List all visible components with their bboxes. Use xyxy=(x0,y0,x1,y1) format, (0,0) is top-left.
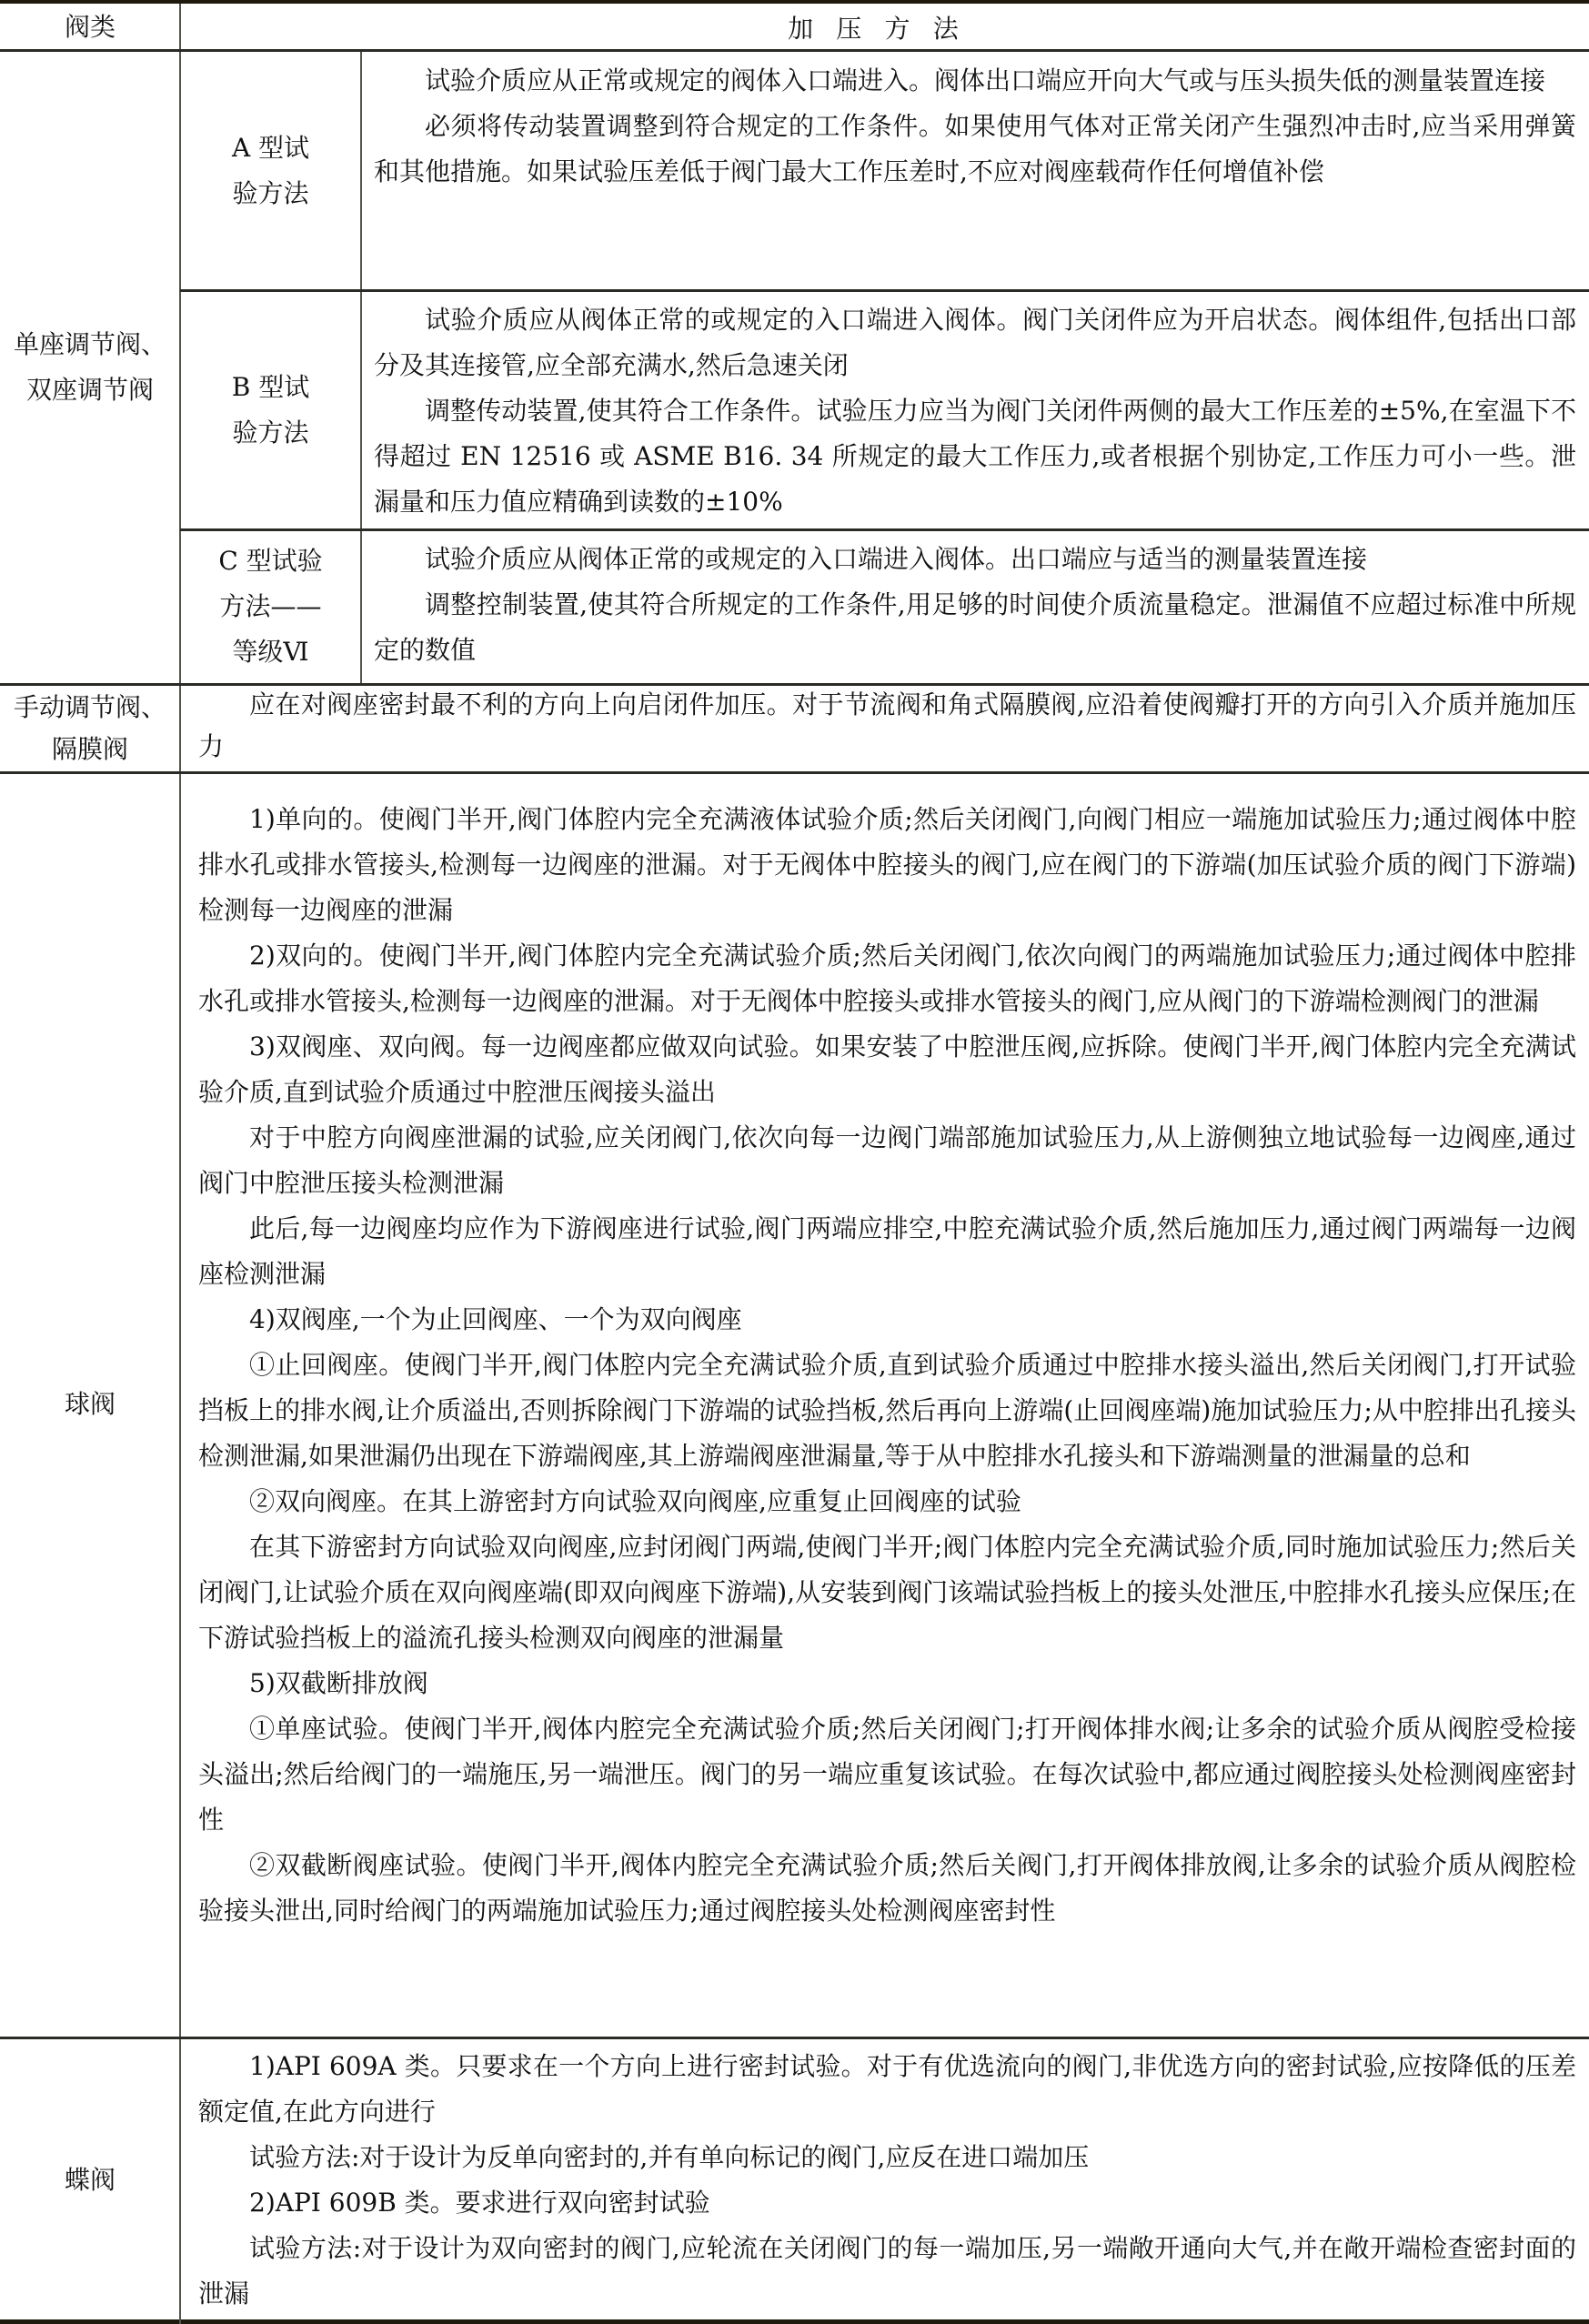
header-pressurization-method: 加压方法 xyxy=(180,4,1589,51)
paragraph: ②双向阀座。在其上游密封方向试验双向阀座,应重复止回阀座的试验 xyxy=(198,1479,1576,1524)
paragraph: 在其下游密封方向试验双向阀座,应封闭阀门两端,使阀门半开;阀门体腔内完全充满试验… xyxy=(198,1524,1576,1661)
paragraph: 调整传动装置,使其符合工作条件。试验压力应当为阀门关闭件两侧的最大工作压差的±5… xyxy=(374,388,1576,525)
method-label-line: 等级Ⅵ xyxy=(232,629,308,675)
valve-type-line: 蝶阀 xyxy=(65,2158,116,2203)
paragraph: 此后,每一边阀座均应作为下游阀座进行试验,阀门两端应排空,中腔充满试验介质,然后… xyxy=(198,1206,1576,1297)
paragraph: 2)双向的。使阀门半开,阀门体腔内完全充满试验介质;然后关闭阀门,依次向阀门的两… xyxy=(198,933,1576,1024)
paragraph: 试验介质应从阀体正常的或规定的入口端进入阀体。阀门关闭件应为开启状态。阀体组件,… xyxy=(374,297,1576,388)
method-label-line: 验方法 xyxy=(232,171,308,216)
valve-type-manual-diaphragm: 手动调节阀、 隔膜阀 xyxy=(0,684,180,772)
paragraph: 对于中腔方向阀座泄漏的试验,应关闭阀门,依次向每一边阀门端部施加试验压力,从上游… xyxy=(198,1115,1576,1206)
paragraph: 试验介质应从正常或规定的阀体入口端进入。阀体出口端应开向大气或与压头损失低的测量… xyxy=(374,58,1576,104)
valve-type-butterfly: 蝶阀 xyxy=(0,2037,180,2323)
method-b-description: 试验介质应从阀体正常的或规定的入口端进入阀体。阀门关闭件应为开启状态。阀体组件,… xyxy=(361,290,1589,529)
method-c-label: C 型试验 方法—— 等级Ⅵ xyxy=(180,529,361,684)
ball-valve-description: 1)单向的。使阀门半开,阀门体腔内完全充满液体试验介质;然后关闭阀门,向阀门相应… xyxy=(180,772,1589,2037)
valve-type-line: 双座调节阀 xyxy=(26,367,154,413)
valve-type-line: 手动调节阀、 xyxy=(14,687,166,729)
paragraph: 试验方法:对于设计为反单向密封的,并有单向标记的阀门,应反在进口端加压 xyxy=(198,2135,1576,2180)
valve-type-control-valves: 单座调节阀、 双座调节阀 xyxy=(0,51,180,684)
manual-diaphragm-description: 应在对阀座密封最不利的方向上向启闭件加压。对于节流阀和角式隔膜阀,应沿着使阀瓣打… xyxy=(180,684,1589,772)
method-b-label: B 型试 验方法 xyxy=(180,290,361,529)
row-divider xyxy=(0,771,1589,774)
column-divider xyxy=(360,51,362,684)
method-c-description: 试验介质应从阀体正常的或规定的入口端进入阀体。出口端应与适当的测量装置连接 调整… xyxy=(361,529,1589,684)
method-label-line: B 型试 xyxy=(232,365,309,410)
method-label-line: 方法—— xyxy=(219,584,321,629)
paragraph: 5)双截断排放阀 xyxy=(198,1661,1576,1706)
paragraph: 3)双阀座、双向阀。每一边阀座都应做双向试验。如果安装了中腔泄压阀,应拆除。使阀… xyxy=(198,1024,1576,1115)
paragraph: 1)单向的。使阀门半开,阀门体腔内完全充满液体试验介质;然后关闭阀门,向阀门相应… xyxy=(198,797,1576,933)
method-label-line: 验方法 xyxy=(232,410,308,456)
row-divider xyxy=(180,528,1589,531)
valve-type-line: 球阀 xyxy=(65,1382,116,1427)
paragraph: 调整控制装置,使其符合所规定的工作条件,用足够的时间使介质流量稳定。泄漏值不应超… xyxy=(374,582,1576,673)
paragraph: 1)API 609A 类。只要求在一个方向上进行密封试验。对于有优选流向的阀门,… xyxy=(198,2044,1576,2135)
paragraph: 4)双阀座,一个为止回阀座、一个为双向阀座 xyxy=(198,1297,1576,1343)
paragraph: 2)API 609B 类。要求进行双向密封试验 xyxy=(198,2180,1576,2226)
butterfly-valve-description: 1)API 609A 类。只要求在一个方向上进行密封试验。对于有优选流向的阀门,… xyxy=(180,2037,1589,2323)
method-a-label: A 型试 验方法 xyxy=(180,51,361,290)
paragraph: 试验介质应从阀体正常的或规定的入口端进入阀体。出口端应与适当的测量装置连接 xyxy=(374,537,1576,582)
method-label-line: A 型试 xyxy=(232,126,309,171)
valve-type-line: 隔膜阀 xyxy=(52,729,128,770)
valve-type-line: 单座调节阀、 xyxy=(14,322,166,367)
valve-type-ball: 球阀 xyxy=(0,772,180,2037)
paragraph: ①止回阀座。使阀门半开,阀门体腔内完全充满试验介质,直到试验介质通过中腔排水接头… xyxy=(198,1343,1576,1479)
paragraph: 必须将传动装置调整到符合规定的工作条件。如果使用气体对正常关闭产生强烈冲击时,应… xyxy=(374,104,1576,195)
row-divider xyxy=(0,49,1589,52)
pressurization-method-table: 阀类 加压方法 单座调节阀、 双座调节阀 A 型试 验方法 试验介质应从正常或规… xyxy=(0,0,1589,2324)
row-divider xyxy=(0,2037,1589,2039)
row-divider xyxy=(0,683,1589,686)
method-label-line: C 型试验 xyxy=(218,538,322,584)
row-divider xyxy=(180,289,1589,292)
paragraph: ②双截断阀座试验。使阀门半开,阀体内腔完全充满试验介质;然后关阀门,打开阀体排放… xyxy=(198,1843,1576,1934)
paragraph: 试验方法:对于设计为双向密封的阀门,应轮流在关闭阀门的每一端加压,另一端敞开通向… xyxy=(198,2226,1576,2317)
paragraph: 应在对阀座密封最不利的方向上向启闭件加压。对于节流阀和角式隔膜阀,应沿着使阀瓣打… xyxy=(198,684,1576,768)
method-a-description: 试验介质应从正常或规定的阀体入口端进入。阀体出口端应开向大气或与压头损失低的测量… xyxy=(361,51,1589,290)
paragraph: ①单座试验。使阀门半开,阀体内腔完全充满试验介质;然后关闭阀门;打开阀体排水阀;… xyxy=(198,1706,1576,1843)
column-divider xyxy=(179,4,181,2324)
header-valve-type: 阀类 xyxy=(0,4,180,51)
